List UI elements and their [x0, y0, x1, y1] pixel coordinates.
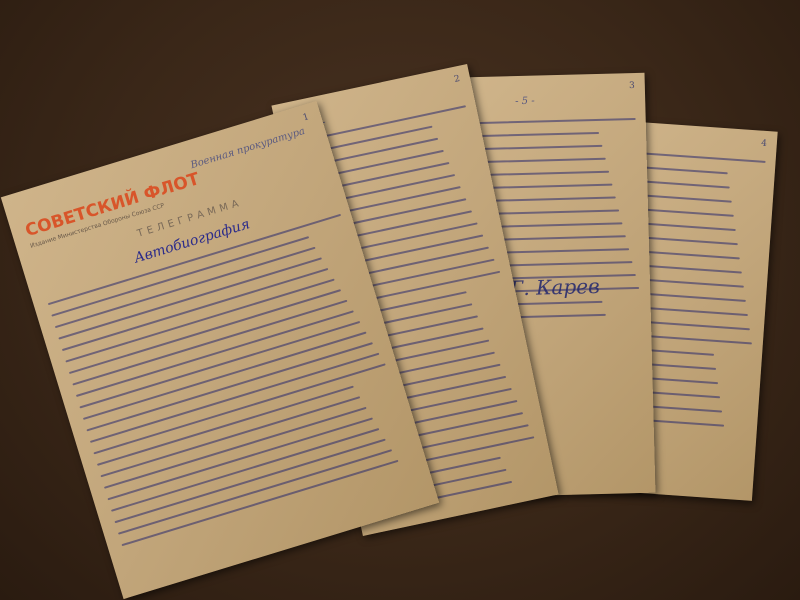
handwriting-line — [122, 460, 399, 546]
handwriting-line — [72, 300, 347, 385]
handwriting-line — [111, 428, 379, 511]
page-marker: - 5 - — [515, 96, 535, 108]
handwriting-line — [481, 184, 612, 189]
handwriting-line — [481, 158, 606, 163]
handwriting-line — [97, 386, 354, 466]
page-number: 2 — [453, 74, 461, 85]
handwriting-line — [118, 449, 392, 534]
handwriting-line — [482, 197, 616, 202]
handwriting-line — [482, 209, 619, 214]
handwriting-line — [69, 289, 341, 373]
handwriting-line — [482, 222, 622, 227]
page-number: 4 — [761, 139, 767, 149]
handwriting-line — [114, 439, 385, 523]
handwriting-line — [107, 417, 372, 499]
handwriting-line — [55, 247, 316, 328]
handwriting-line — [100, 396, 360, 477]
page-number: 3 — [629, 81, 635, 91]
handwriting-line — [480, 145, 602, 150]
brand-header: СОВЕТСКИЙ ФЛОТ — [23, 169, 202, 241]
page-number: 1 — [302, 112, 310, 123]
handwriting-line — [104, 407, 366, 489]
header-note: Военная прокуратура — [189, 126, 306, 171]
handwriting-line — [76, 310, 354, 396]
handwriting-line — [481, 171, 609, 176]
handwriting-line — [62, 268, 328, 351]
handwriting-line — [480, 118, 636, 124]
handwriting-line — [65, 279, 334, 363]
handwriting-line — [480, 132, 599, 137]
handwriting-line — [79, 321, 360, 408]
handwriting-line — [58, 257, 321, 339]
